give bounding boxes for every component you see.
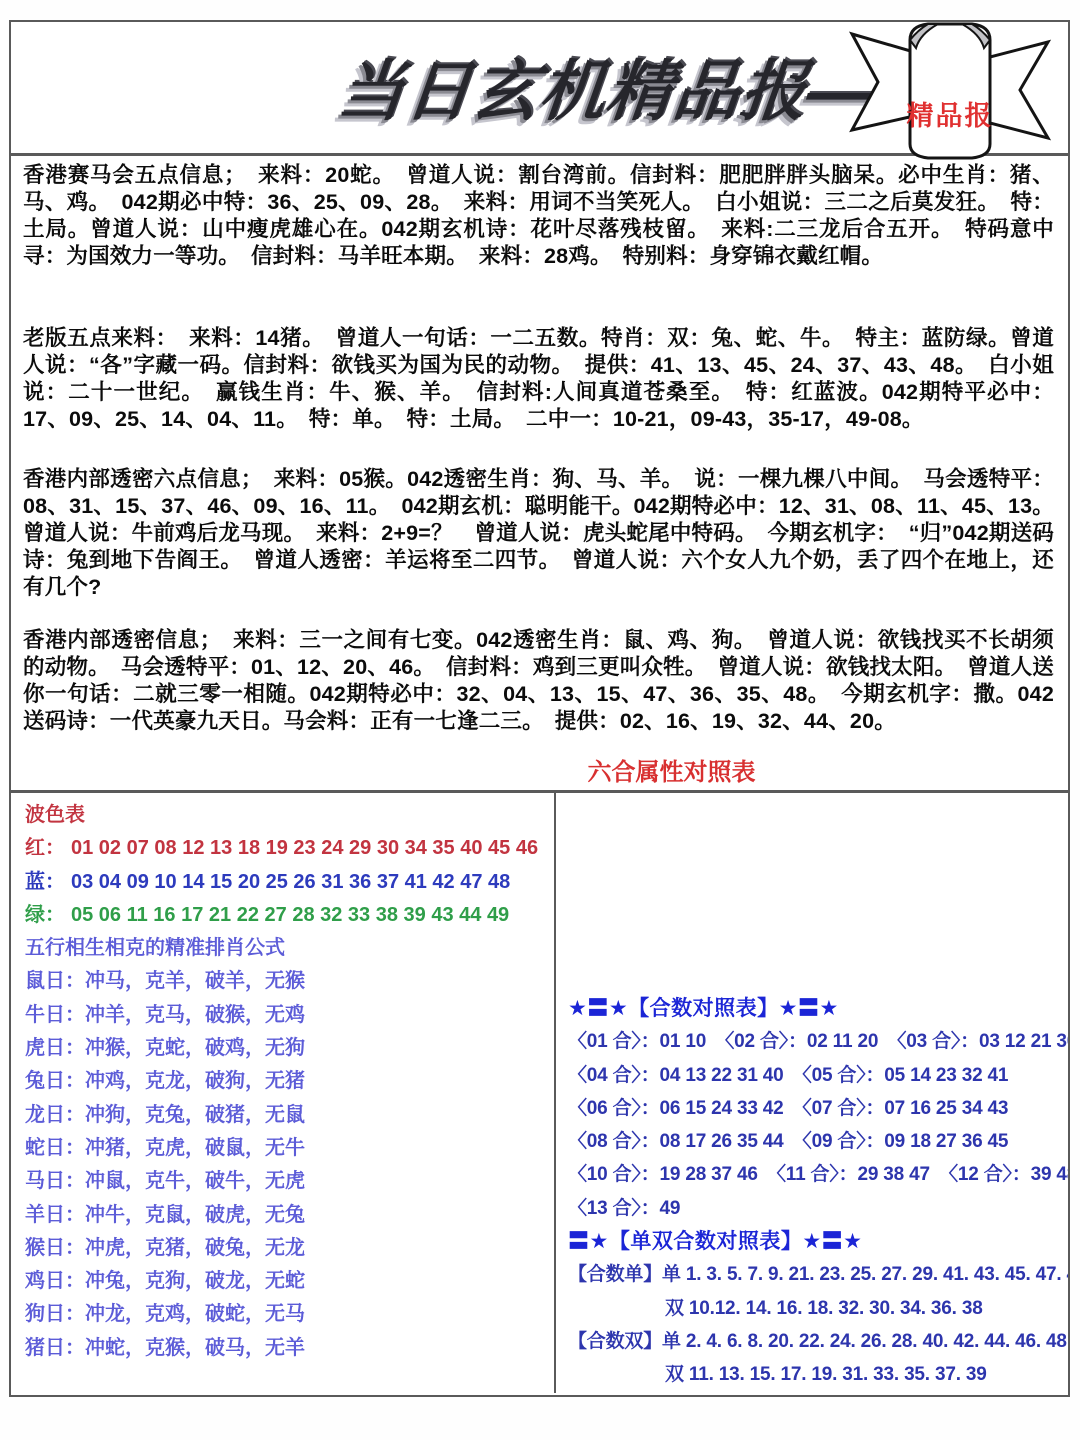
hesu-panel-blank <box>568 793 1062 992</box>
section-title: 六合属性对照表 <box>11 756 1068 793</box>
hesu-row-2: 〈04 合〉：04 13 22 31 40 〈05 合〉：05 14 23 32… <box>568 1059 1062 1092</box>
info-paragraph-2: 老版五点来料： 来料：14猪。 曾道人一句话：一二五数。特肖：双：兔、蛇、牛。 … <box>23 325 1054 433</box>
hesu-row-3: 〈06 合〉：06 15 24 33 42 〈07 合〉：07 16 25 34… <box>568 1092 1062 1125</box>
green-wave-numbers: 05 06 11 16 17 21 22 27 28 32 33 38 39 4… <box>71 904 509 926</box>
blue-wave-label: 蓝： <box>25 871 65 893</box>
zodiac-row-ox: 牛日：冲羊，克马，破猴，无鸡 <box>25 999 548 1032</box>
hesu-row-6: 〈13 合〉：49 <box>568 1192 1062 1225</box>
zodiac-row-tiger: 虎日：冲猴，克蛇，破鸡，无狗 <box>25 1032 548 1065</box>
zodiac-row-horse: 马日：冲鼠，克牛，破牛，无虎 <box>25 1165 548 1198</box>
zodiac-row-pig: 猪日：冲蛇，克猴，破马，无羊 <box>25 1332 548 1365</box>
hesu-dan-odd-numbers: 单 1. 3. 5. 7. 9. 21. 23. 25. 27. 29. 41.… <box>662 1264 1068 1285</box>
hesu-row-1: 〈01 合〉：01 10 〈02 合〉：02 11 20 〈03 合〉：03 1… <box>568 1025 1062 1058</box>
zodiac-row-dog: 狗日：冲龙，克鸡，破蛇，无马 <box>25 1298 548 1331</box>
hesu-table-heading: ★〓★【合数对照表】★〓★ <box>568 992 1062 1025</box>
danshuang-table-heading: 〓★【单双合数对照表】★〓★ <box>568 1225 1062 1258</box>
info-paragraph-4: 香港内部透密信息； 来料：三一之间有七变。042透密生肖：鼠、鸡、狗。 曾道人说… <box>23 627 1054 735</box>
hesu-row-4: 〈08 合〉：08 17 26 35 44 〈09 合〉：09 18 27 36… <box>568 1125 1062 1158</box>
hesu-shuang-label: 【合数双】 <box>568 1331 662 1352</box>
hesu-shuang-odd-numbers: 单 2. 4. 6. 8. 20. 22. 24. 26. 28. 40. 42… <box>662 1331 1067 1352</box>
zodiac-row-goat: 羊日：冲牛，克鼠，破虎，无兔 <box>25 1199 548 1232</box>
hesu-shuang-row: 【合数双】单 2. 4. 6. 8. 20. 22. 24. 26. 28. 4… <box>568 1325 1062 1358</box>
red-wave-row: 红：01 02 07 08 12 13 18 19 23 24 29 30 34… <box>25 832 548 865</box>
zodiac-row-monkey: 猴日：冲虎，克猪，破兔，无龙 <box>25 1232 548 1265</box>
masthead-title: 当日玄机精品报—B <box>334 38 929 133</box>
tips-section: 香港赛马会五点信息； 来料：20蛇。 曾道人说：割台湾前。信封料：肥肥胖胖头脑呆… <box>11 156 1068 756</box>
hesu-dan-label: 【合数单】 <box>568 1264 662 1285</box>
wuxing-formula-title: 五行相生相克的精准排肖公式 <box>25 932 548 965</box>
hesu-dan-even-numbers: 双 10.12. 14. 16. 18. 32. 30. 34. 36. 38 <box>568 1292 1062 1325</box>
hesu-row-5: 〈10 合〉：19 28 37 46 〈11 合〉：29 38 47 〈12 合… <box>568 1158 1062 1191</box>
wave-table-title: 波色表 <box>25 799 548 832</box>
wave-color-panel: 波色表 红：01 02 07 08 12 13 18 19 23 24 29 3… <box>11 793 556 1393</box>
scroll-banner-icon <box>846 10 1054 164</box>
hesu-panel: ★〓★【合数对照表】★〓★ 〈01 合〉：01 10 〈02 合〉：02 11 … <box>556 793 1068 1393</box>
newspaper-page: 当日玄机精品报—B 精品报 香港赛马会五点信息； 来料：20蛇。 曾道人说：割台… <box>0 0 1080 1440</box>
banner-label: 精品报 <box>907 94 994 133</box>
green-wave-row: 绿：05 06 11 16 17 21 22 27 28 32 33 38 39… <box>25 899 548 932</box>
blue-wave-row: 蓝：03 04 09 10 14 15 20 25 26 31 36 37 41… <box>25 866 548 899</box>
zodiac-row-rat: 鼠日：冲马，克羊，破羊，无猴 <box>25 965 548 998</box>
green-wave-label: 绿： <box>25 904 65 926</box>
masthead: 当日玄机精品报—B 精品报 <box>11 22 1068 156</box>
zodiac-row-snake: 蛇日：冲猪，克虎，破鼠，无牛 <box>25 1132 548 1165</box>
zodiac-row-rabbit: 兔日：冲鸡，克龙，破狗，无猪 <box>25 1065 548 1098</box>
red-wave-label: 红： <box>25 837 65 859</box>
reference-tables: 波色表 红：01 02 07 08 12 13 18 19 23 24 29 3… <box>11 793 1068 1393</box>
zodiac-row-rooster: 鸡日：冲兔，克狗，破龙，无蛇 <box>25 1265 548 1298</box>
info-paragraph-1: 香港赛马会五点信息； 来料：20蛇。 曾道人说：割台湾前。信封料：肥肥胖胖头脑呆… <box>23 162 1054 270</box>
ribbon-banner: 精品报 <box>846 10 1054 164</box>
red-wave-numbers: 01 02 07 08 12 13 18 19 23 24 29 30 34 3… <box>71 837 538 859</box>
page-frame: 当日玄机精品报—B 精品报 香港赛马会五点信息； 来料：20蛇。 曾道人说：割台… <box>9 20 1070 1397</box>
hesu-shuang-even-numbers: 双 11. 13. 15. 17. 19. 31. 33. 35. 37. 39 <box>568 1358 1062 1391</box>
blue-wave-numbers: 03 04 09 10 14 15 20 25 26 31 36 37 41 4… <box>71 871 510 893</box>
zodiac-row-dragon: 龙日：冲狗，克兔，破猪，无鼠 <box>25 1099 548 1132</box>
info-paragraph-3: 香港内部透密六点信息； 来料：05猴。042透密生肖：狗、马、羊。 说：一棵九棵… <box>23 466 1054 601</box>
hesu-dan-row: 【合数单】单 1. 3. 5. 7. 9. 21. 23. 25. 27. 29… <box>568 1258 1062 1291</box>
